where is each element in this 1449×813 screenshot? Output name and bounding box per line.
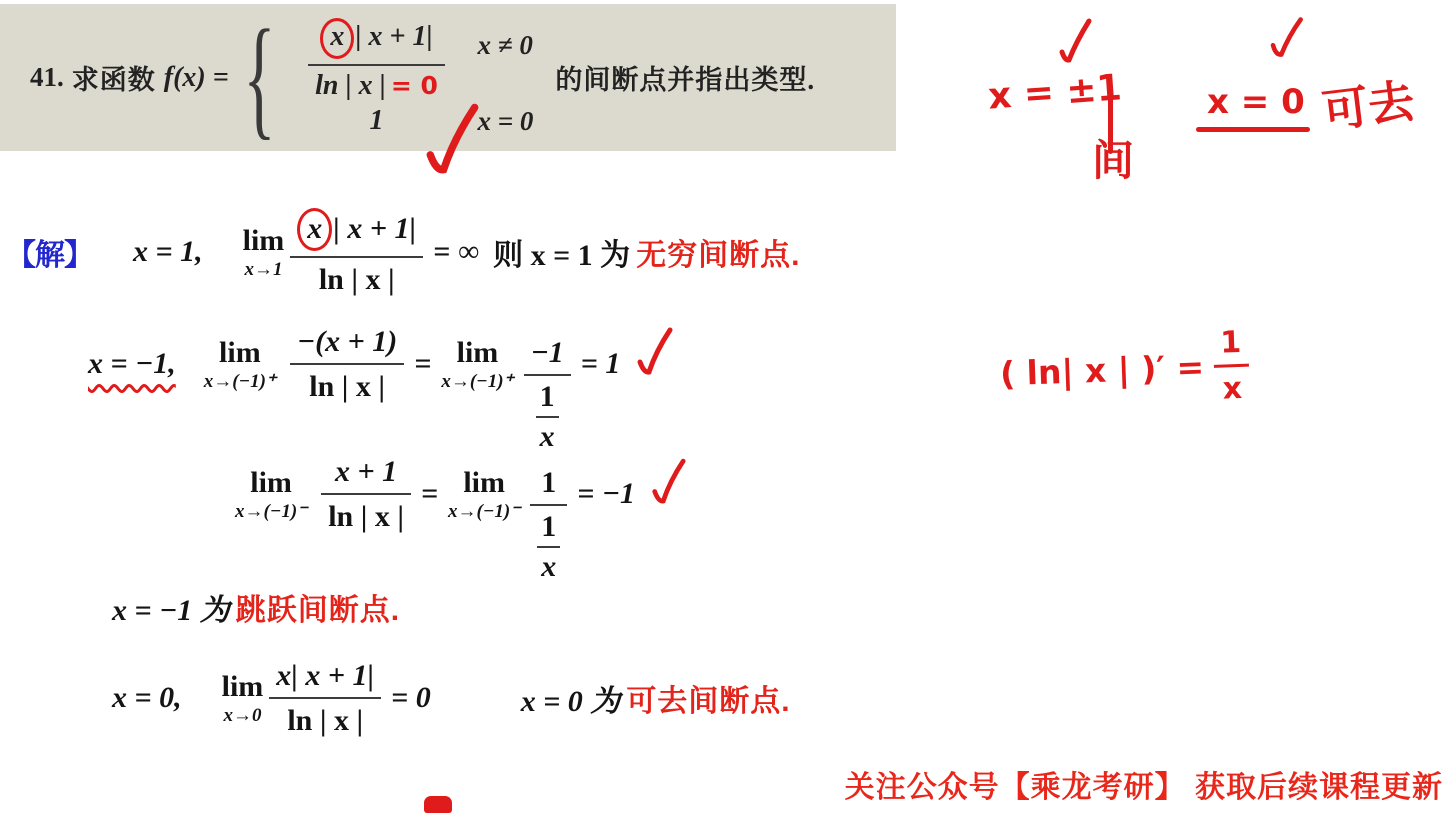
equals-sign: =: [414, 347, 431, 381]
nested-fraction: 1 x: [536, 381, 559, 452]
checkmark-icon: [1052, 16, 1096, 66]
checkmark-icon: [634, 324, 674, 380]
limit-operator: lim x→(−1)⁻: [448, 468, 520, 521]
line1-prefix: x = 1,: [133, 235, 203, 269]
limit-operator: lim x→(−1)⁺: [204, 338, 276, 391]
piecewise-cases: x| x + 1| ln | x |= 0 x ≠ 0 1 x = 0: [282, 18, 534, 138]
nested-fraction: 1 x: [537, 511, 560, 582]
line5-fraction: x| x + 1| ln | x |: [269, 659, 381, 737]
line1-conclusion: 无穷间断点.: [636, 230, 800, 274]
note-x-equals-pm1: x = ±1: [987, 67, 1123, 117]
checkmark-icon: [418, 103, 484, 177]
limit-operator: lim x→0: [222, 672, 264, 725]
line2-fraction-2: −1 1 x: [524, 336, 571, 452]
derivative-fraction: 1 x: [1213, 326, 1251, 406]
solution-line-1: 【解】 x = 1, lim x→1 x| x + 1| ln | x | = …: [6, 204, 801, 300]
solution-line-3: lim x→(−1)⁻ x + 1 ln | x | = lim x→(−1)⁻…: [235, 448, 687, 540]
case1-denominator: ln | x |: [315, 71, 386, 102]
case1-numerator: | x + 1|: [355, 21, 432, 52]
line4-conclusion: 跳跃间断点.: [236, 585, 400, 629]
circled-x-annotation: x: [320, 18, 354, 59]
line2-fraction-1: −(x + 1) ln | x |: [290, 325, 404, 403]
problem-number: 41.: [30, 62, 64, 93]
line2-prefix: x = −1,: [88, 347, 176, 381]
derivative-note: ( ln| x | )′ = 1 x: [999, 326, 1251, 414]
underline-stroke: [1196, 127, 1310, 132]
note-keqv: 可去: [1318, 65, 1417, 142]
handwritten-equals-zero: = 0: [391, 72, 438, 100]
circled-x-annotation: x: [297, 208, 332, 251]
limit-operator: lim x→1: [243, 226, 285, 279]
solution-line-4: x = −1 为 跳跃间断点.: [112, 585, 400, 629]
line5-middle: x = 0 为: [521, 676, 621, 720]
note-jian: 间: [1092, 128, 1134, 188]
line5-result: = 0: [391, 681, 431, 715]
piecewise-case-2: 1 x = 0: [282, 105, 534, 137]
line5-prefix: x = 0,: [112, 681, 182, 715]
case1-condition: x ≠ 0: [478, 30, 533, 61]
line1-fraction: x| x + 1| ln | x |: [290, 208, 423, 296]
function-lhs: f(x) =: [164, 62, 229, 94]
limit-operator: lim x→(−1)⁻: [235, 468, 307, 521]
equals-sign: =: [421, 477, 438, 511]
checkmark-icon: [649, 455, 687, 509]
piecewise-case-1: x| x + 1| ln | x |= 0 x ≠ 0: [282, 18, 534, 102]
line2-result: = 1: [581, 347, 621, 381]
handwritten-stroke-fragment: [424, 796, 452, 813]
line1-middle: 则 x = 1 为: [493, 230, 630, 274]
line3-result: = −1: [577, 477, 635, 511]
limit-operator: lim x→(−1)⁺: [441, 338, 513, 391]
note-x-equals-0: x = 0: [1207, 82, 1305, 122]
line3-fraction-1: x + 1 ln | x |: [321, 455, 411, 533]
piecewise-brace: {: [243, 17, 275, 139]
line4-prefix: x = −1 为: [112, 585, 230, 629]
footer-watermark: 关注公众号【乘龙考研】 获取后续课程更新: [845, 762, 1443, 806]
solution-line-5: x = 0, lim x→0 x| x + 1| ln | x | = 0 x …: [112, 652, 791, 744]
lecture-slide: 41. 求函数 f(x) = { x| x + 1| ln | x |= 0 x…: [0, 0, 1449, 813]
case1-fraction: x| x + 1| ln | x |= 0: [308, 18, 445, 102]
line5-conclusion: 可去间断点.: [626, 676, 790, 720]
solution-label: 【解】: [6, 230, 93, 274]
line1-result: = ∞: [433, 235, 479, 269]
problem-suffix: 的间断点并指出类型.: [555, 58, 815, 97]
derivative-lhs: ( ln| x | )′ =: [999, 347, 1204, 393]
case2-condition: x = 0: [478, 106, 534, 137]
checkmark-icon: [1260, 14, 1310, 60]
problem-prefix: 求函数: [72, 58, 156, 97]
line3-fraction-2: 1 1 x: [530, 466, 567, 582]
solution-line-2: x = −1, lim x→(−1)⁺ −(x + 1) ln | x | = …: [88, 318, 674, 410]
